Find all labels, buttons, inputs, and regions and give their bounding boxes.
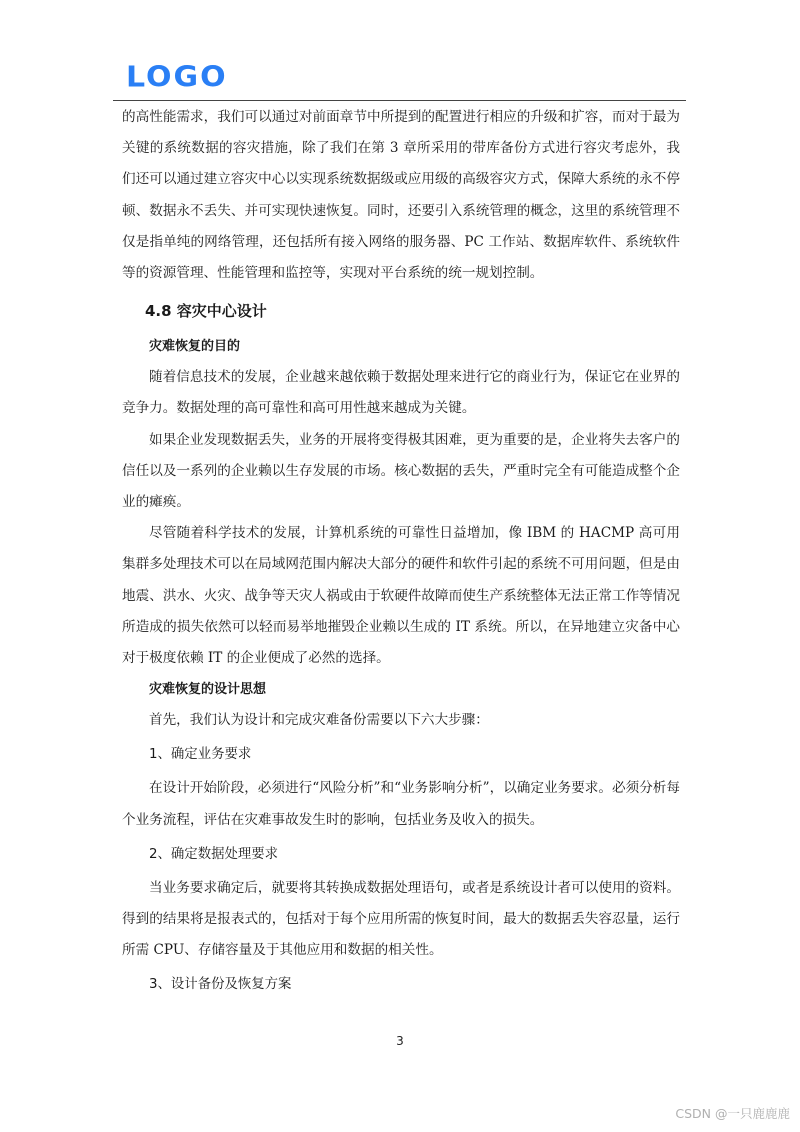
step-heading: 1、确定业务要求 — [149, 739, 680, 770]
paragraph: 如果企业发现数据丢失，业务的开展将变得极其困难，更为重要的是，企业将失去客户的信… — [122, 425, 680, 519]
paragraph: 随着信息技术的发展，企业越来越依赖于数据处理来进行它的商业行为，保证它在业界的竞… — [122, 362, 680, 424]
subsection-title-purpose: 灾难恢复的目的 — [149, 331, 680, 362]
paragraph: 尽管随着科学技术的发展，计算机系统的可靠性日益增加，像 IBM 的 HACMP … — [122, 518, 680, 674]
intro-paragraph: 的高性能需求，我们可以通过对前面章节中所提到的配置进行相应的升级和扩容，而对于最… — [122, 102, 680, 289]
step-heading: 3、设计备份及恢复方案 — [149, 969, 680, 1000]
step-heading: 2、确定数据处理要求 — [149, 839, 680, 870]
step-paragraph: 当业务要求确定后，就要将其转换成数据处理语句，或者是系统设计者可以使用的资料。得… — [122, 873, 680, 967]
paragraph: 首先，我们认为设计和完成灾难备份需要以下六大步骤： — [122, 705, 680, 736]
page-number: 3 — [0, 1034, 800, 1048]
subsection-title-design: 灾难恢复的设计思想 — [149, 674, 680, 705]
step-paragraph: 在设计开始阶段，必须进行“风险分析”和“业务影响分析”，以确定业务要求。必须分析… — [122, 773, 680, 835]
logo: LOGO — [126, 63, 228, 93]
page-content: 的高性能需求，我们可以通过对前面章节中所提到的配置进行相应的升级和扩容，而对于最… — [122, 102, 680, 1003]
section-title: 4.8 容灾中心设计 — [145, 296, 680, 326]
header-divider — [113, 100, 686, 101]
watermark: CSDN @一只鹿鹿鹿 — [675, 1104, 790, 1122]
document-page: LOGO 的高性能需求，我们可以通过对前面章节中所提到的配置进行相应的升级和扩容… — [0, 0, 800, 1132]
